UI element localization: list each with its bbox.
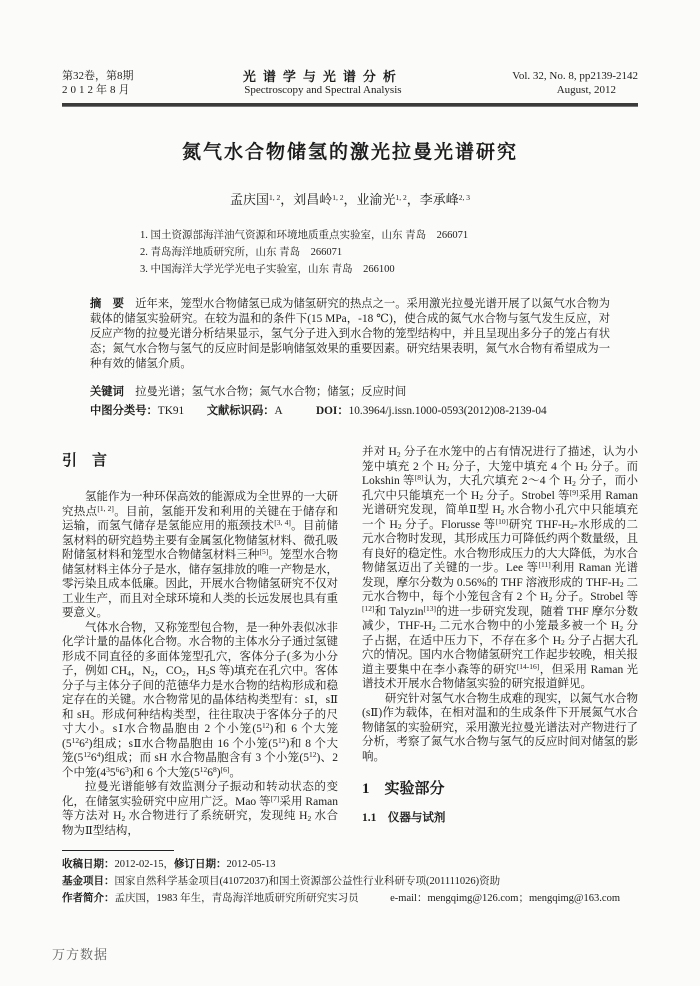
body-paragraph: 拉曼光谱能够有效监测分子振动和转动状态的变化，在储氢实验研究中应用广泛。Mao … — [62, 780, 338, 838]
body-columns: 引 言 氢能作为一种环保高效的能源成为全世界的一大研究热点[1, 2]。目前，氢… — [62, 445, 638, 838]
volume-info-en: Vol. 32, No. 8, pp2139-2142 — [512, 70, 638, 84]
section-1-heading: 1 实验部分 — [362, 780, 638, 798]
body-paragraph: 研究针对氢气水合物生成难的现实，以氮气水合物(sⅡ)作为载体，在相对温和的生成条… — [362, 692, 638, 765]
footnote-funding-line: 基金项目：国家自然科学基金项目(41072037)和国土资源部公益性行业科研专项… — [62, 873, 638, 890]
affiliation-item: 3. 中国海洋大学光学光电子实验室，山东 青岛 266100 — [140, 261, 638, 278]
body-paragraph: 氢能作为一种环保高效的能源成为全世界的一大研究热点[1, 2]。目前，氢能开发和… — [62, 490, 338, 621]
classification-line: 中图分类号：TK91 文献标识码：A DOI：10.3964/j.issn.10… — [90, 404, 610, 419]
issue-date-en: August, 2012 — [512, 84, 616, 98]
journal-header: 第32卷，第8期 2012年8月 光谱学与光谱分析 Spectroscopy a… — [62, 70, 638, 97]
abstract-paragraph: 摘 要 近年来，笼型水合物储氢已成为储氢研究的热点之一。采用激光拉曼光谱开展了以… — [90, 297, 610, 372]
footnote-separator — [62, 850, 174, 851]
keywords-line: 关键词 拉曼光谱；氢气水合物；氮气水合物；储氢；反应时间 — [90, 385, 610, 400]
footnote-block: 收稿日期：2012-02-15，修订日期：2012-05-13 基金项目：国家自… — [62, 850, 638, 907]
affiliation-item: 2. 青岛海洋地质研究所，山东 青岛 266071 — [140, 244, 638, 261]
journal-page: 第32卷，第8期 2012年8月 光谱学与光谱分析 Spectroscopy a… — [0, 0, 700, 986]
footnote-received-line: 收稿日期：2012-02-15，修订日期：2012-05-13 — [62, 856, 638, 873]
issue-date-cn: 2012年8月 — [62, 84, 134, 98]
header-left: 第32卷，第8期 2012年8月 — [62, 70, 134, 97]
body-left-column: 引 言 氢能作为一种环保高效的能源成为全世界的一大研究热点[1, 2]。目前，氢… — [62, 445, 338, 838]
header-center: 光谱学与光谱分析 Spectroscopy and Spectral Analy… — [243, 70, 403, 97]
header-rule — [62, 103, 638, 107]
body-paragraph: 并对 H2 分子在水笼中的占有情况进行了描述，认为小笼中填充 2 个 H2 分子… — [362, 445, 638, 692]
body-paragraph: 气体水合物，又称笼型包合物，是一种外表似冰非化学计量的晶体化合物。水合物的主体水… — [62, 621, 338, 781]
author-list: 孟庆国1, 2，刘昌岭1, 2，业渝光1, 2，李承峰2, 3 — [62, 189, 638, 208]
wanfang-watermark: 万方数据 — [52, 944, 108, 963]
section-1-1-heading: 1.1 仪器与试剂 — [362, 811, 638, 826]
affiliation-list: 1. 国土资源部海洋油气资源和环境地质重点实验室，山东 青岛 266071 2.… — [140, 227, 638, 278]
journal-title-cn: 光谱学与光谱分析 — [243, 70, 403, 84]
article-title: 氮气水合物储氢的激光拉曼光谱研究 — [62, 137, 638, 164]
header-right: Vol. 32, No. 8, pp2139-2142 August, 2012 — [512, 70, 638, 97]
body-right-column: 并对 H2 分子在水笼中的占有情况进行了描述，认为小笼中填充 2 个 H2 分子… — [362, 445, 638, 838]
journal-title-en: Spectroscopy and Spectral Analysis — [243, 84, 403, 98]
footnote-bio-line: 作者简介：孟庆国，1983 年生，青岛海洋地质研究所研究实习员 e-mail：m… — [62, 890, 638, 907]
intro-section-heading: 引 言 — [62, 452, 338, 470]
affiliation-item: 1. 国土资源部海洋油气资源和环境地质重点实验室，山东 青岛 266071 — [140, 227, 638, 244]
volume-issue-cn: 第32卷，第8期 — [62, 70, 134, 84]
